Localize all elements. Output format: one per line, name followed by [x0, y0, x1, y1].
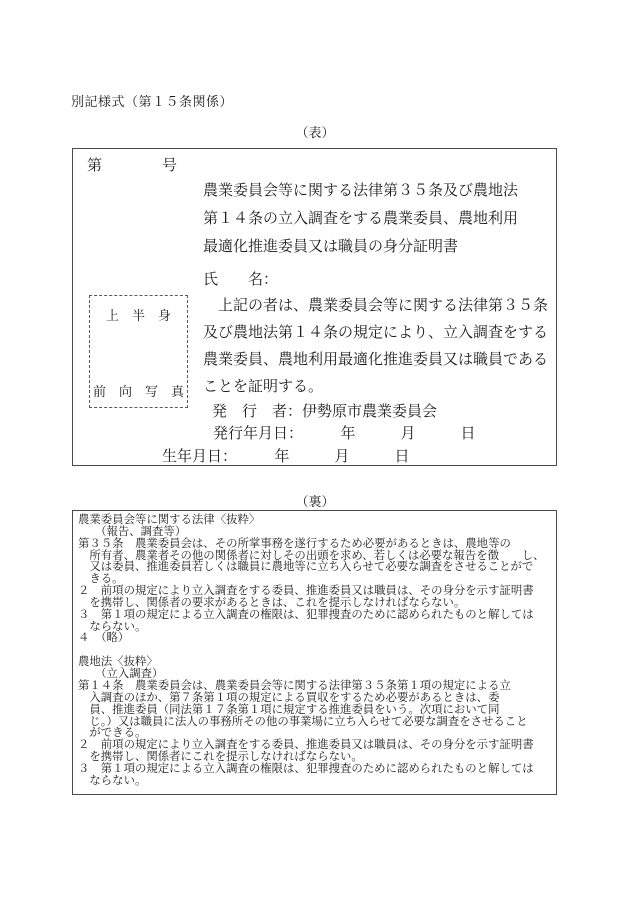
back-side-label: （裏） — [0, 491, 630, 510]
back-card: 農業委員会等に関する法律〈抜粋〉 （報告、調査等） 第３５条 農業委員会は、その… — [72, 510, 557, 795]
cert-title: 農業委員会等に関する法律第３５条及び農地法 第１４条の立入調査をする農業委員、農… — [203, 176, 556, 260]
form-title: 別記様式（第１５条関係） — [71, 91, 233, 110]
document-page: 別記様式（第１５条関係） （表） 第 号 農業委員会等に関する法律第３５条及び農… — [0, 0, 630, 903]
photo-top-label: 上 半 身 — [90, 305, 187, 324]
issuer-line: 発 行 者：伊勢原市農業委員会 — [212, 400, 556, 422]
front-card: 第 号 農業委員会等に関する法律第３５条及び農地法 第１４条の立入調査をする農業… — [72, 148, 557, 466]
birth-date-line: 生年月日： 年 月 日 — [162, 445, 556, 466]
cert-body-text: 上記の者は、農業委員会等に関する法律第３５条 及び農地法第１４条の規定により、立… — [203, 292, 556, 400]
law-excerpt-agricultural-committee-act: 農業委員会等に関する法律〈抜粋〉 （報告、調査等） 第３５条 農業委員会は、その… — [78, 514, 553, 644]
name-field-label: 氏 名： — [203, 266, 556, 292]
front-side-label: （表） — [0, 122, 630, 141]
law-excerpt-farmland-act: 農地法〈抜粋〉 （立入調査） 第１４条 農業委員会は、農業委員会等に関する法律第… — [78, 656, 553, 786]
photo-placeholder-box: 上 半 身 前 向 写 真 — [89, 295, 188, 408]
doc-number: 第 号 — [87, 154, 556, 176]
issue-date-line: 発行年月日： 年 月 日 — [213, 422, 556, 445]
photo-bottom-label: 前 向 写 真 — [90, 381, 187, 400]
